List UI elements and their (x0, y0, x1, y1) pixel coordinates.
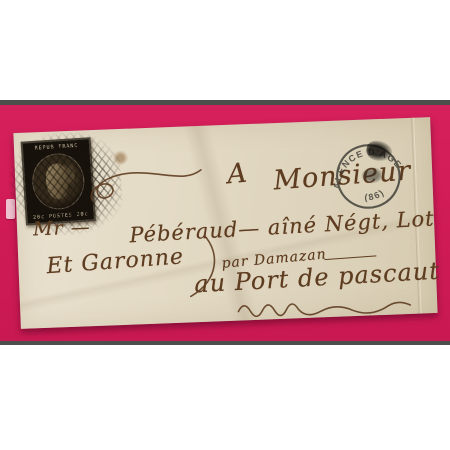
paraph-flourish (87, 164, 207, 216)
cds-bottom-text: (86) (361, 186, 387, 205)
letter-cover: REPUB FRANC 20c POSTES 20c A Monsieur Mr… (13, 117, 437, 329)
paper-fragment (6, 199, 15, 219)
page: REPUB FRANC 20c POSTES 20c A Monsieur Mr… (0, 0, 450, 450)
ceres-stamp: REPUB FRANC 20c POSTES 20c (21, 137, 96, 225)
svg-text:(86): (86) (361, 186, 387, 205)
stamp-top-label: REPUB FRANC (34, 143, 78, 152)
cover-photo: REPUB FRANC 20c POSTES 20c A Monsieur Mr… (0, 100, 450, 345)
salutation-prefix: A (226, 158, 249, 191)
addressee-prefix: Mr — (33, 216, 91, 240)
stamp-medallion (31, 152, 87, 211)
